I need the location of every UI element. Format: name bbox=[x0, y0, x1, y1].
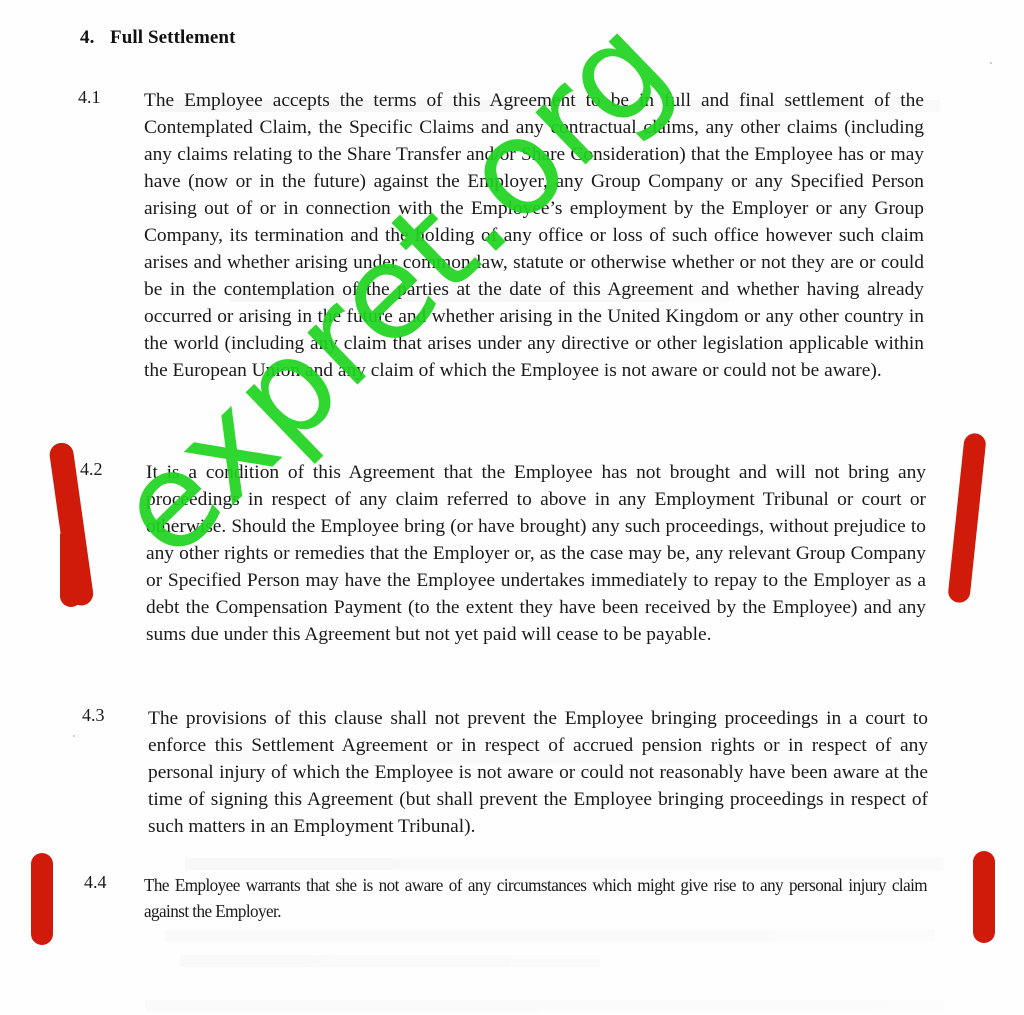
section-heading: 4.Full Settlement bbox=[80, 27, 236, 49]
bleed-through-line bbox=[165, 930, 935, 942]
document-page: 4.Full Settlement 4.1 The Employee accep… bbox=[0, 0, 1024, 1015]
bleed-through-line bbox=[145, 1000, 945, 1012]
clause-text: The Employee accepts the terms of this A… bbox=[144, 87, 924, 384]
scan-speck bbox=[73, 735, 75, 737]
clause-text: The Employee warrants that she is not aw… bbox=[144, 872, 927, 924]
red-highlight-mark-right-4-2 bbox=[947, 432, 987, 603]
clause-number: 4.4 bbox=[84, 872, 107, 893]
clause-number: 4.1 bbox=[78, 87, 101, 108]
scan-speck bbox=[990, 62, 992, 64]
clause-text: The provisions of this clause shall not … bbox=[148, 705, 928, 840]
section-number: 4. bbox=[80, 27, 110, 49]
bleed-through-line bbox=[185, 858, 945, 870]
clause-text: It is a condition of this Agreement that… bbox=[146, 459, 926, 648]
bleed-through-line bbox=[180, 955, 600, 967]
clause-number: 4.3 bbox=[82, 705, 105, 726]
red-highlight-mark-right-4-4 bbox=[973, 851, 995, 943]
clause-number: 4.2 bbox=[80, 459, 103, 480]
red-highlight-mark-left-4-2-lower bbox=[60, 525, 82, 607]
section-title: Full Settlement bbox=[110, 27, 236, 48]
red-highlight-mark-left-4-4 bbox=[31, 853, 53, 945]
